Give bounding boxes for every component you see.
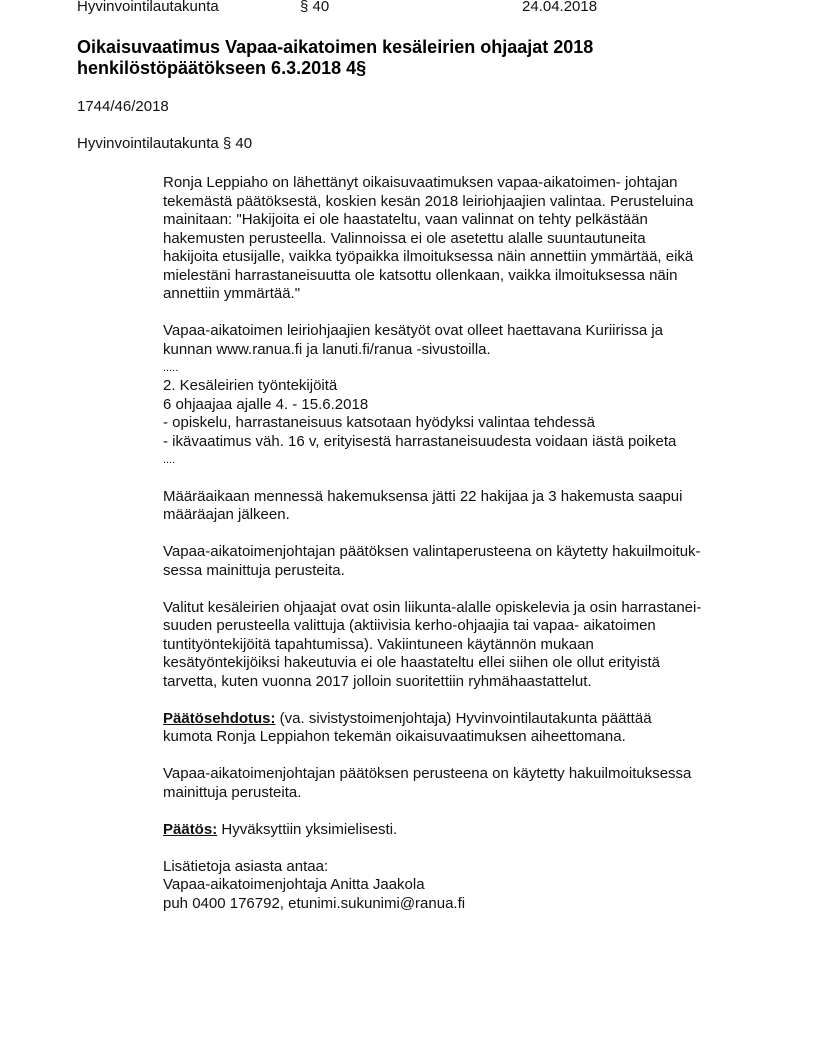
paragraph-decision: Päätös: Hyväksyttiin yksimielisesti. [163, 821, 763, 840]
record-number: 1744/46/2018 [77, 98, 169, 116]
proposal-text: (va. sivistystoimenjohtaja) Hyvinvointil… [276, 710, 652, 727]
contact-name: Vapaa-aikatoimenjohtaja Anitta Jaakola [163, 876, 763, 895]
text-line: Ronja Leppiaho on lähettänyt oikaisuvaat… [163, 174, 763, 193]
text-line: kesätyöntekijöiksi hakeutuvia ei ole haa… [163, 654, 763, 673]
text-line: mielestäni harrastaneisuutta ole katsott… [163, 267, 763, 286]
proposal-line: Päätösehdotus: (va. sivistystoimenjohtaj… [163, 710, 763, 729]
text-line: 6 ohjaajaa ajalle 4. - 15.6.2018 [163, 396, 763, 415]
text-line: 2. Kesäleirien työntekijöitä [163, 377, 763, 396]
title-line: henkilöstöpäätökseen 6.3.2018 4§ [77, 58, 777, 79]
page-header: Hyvinvointilautakunta § 40 24.04.2018 [0, 0, 816, 18]
paragraph-selected: Valitut kesäleirien ohjaajat ovat osin l… [163, 599, 763, 692]
text-line: sessa mainittuja perusteita. [163, 562, 763, 581]
text-line: Vapaa-aikatoimenjohtajan päätöksen perus… [163, 765, 763, 784]
document-body: Ronja Leppiaho on lähettänyt oikaisuvaat… [163, 174, 763, 932]
text-line: Lisätietoja asiasta antaa: [163, 858, 763, 877]
decision-line: Päätös: Hyväksyttiin yksimielisesti. [163, 821, 763, 840]
paragraph-contact: Lisätietoja asiasta antaa: Vapaa-aikatoi… [163, 858, 763, 914]
paragraph-criteria: Vapaa-aikatoimenjohtajan päätöksen valin… [163, 543, 763, 580]
text-line: - ikävaatimus väh. 16 v, erityisestä har… [163, 433, 763, 452]
text-line: mainittuja perusteita. [163, 784, 763, 803]
text-line: tekemästä päätöksestä, koskien kesän 201… [163, 193, 763, 212]
paragraph-job-posting: Vapaa-aikatoimen leiriohjaajien kesätyöt… [163, 322, 763, 469]
text-line: hakijoita etusijalle, vaikka työpaikka i… [163, 248, 763, 267]
paragraph-basis: Vapaa-aikatoimenjohtajan päätöksen perus… [163, 765, 763, 802]
decision-label: Päätös: [163, 821, 217, 838]
text-line: kunnan www.ranua.fi ja lanuti.fi/ranua -… [163, 341, 763, 360]
header-date: 24.04.2018 [522, 0, 597, 15]
paragraph-appeal: Ronja Leppiaho on lähettänyt oikaisuvaat… [163, 174, 763, 304]
text-line: Valitut kesäleirien ohjaajat ovat osin l… [163, 599, 763, 618]
paragraph-applicants: Määräaikaan mennessä hakemuksensa jätti … [163, 488, 763, 525]
text-line: annettiin ymmärtää." [163, 285, 763, 304]
proposal-label: Päätösehdotus: [163, 710, 276, 727]
text-line: - opiskelu, harrastaneisuus katsotaan hy… [163, 414, 763, 433]
text-line: Määräaikaan mennessä hakemuksensa jätti … [163, 488, 763, 507]
text-line: hakemusten perusteella. Valinnoissa ei o… [163, 230, 763, 249]
title-line: Oikaisuvaatimus Vapaa-aikatoimen kesälei… [77, 37, 777, 58]
text-line: määräajan jälkeen. [163, 506, 763, 525]
header-committee: Hyvinvointilautakunta [77, 0, 219, 15]
document-title: Oikaisuvaatimus Vapaa-aikatoimen kesälei… [77, 37, 777, 79]
text-line: mainitaan: "Hakijoita ei ole haastateltu… [163, 211, 763, 230]
committee-section: Hyvinvointilautakunta § 40 [77, 135, 252, 153]
text-line: Vapaa-aikatoimen leiriohjaajien kesätyöt… [163, 322, 763, 341]
decision-text: Hyväksyttiin yksimielisesti. [217, 821, 397, 838]
header-section: § 40 [300, 0, 329, 15]
text-line: kumota Ronja Leppiahon tekemän oikaisuva… [163, 728, 763, 747]
text-line: tuntityöntekijöitä tapahtumissa). Vakiin… [163, 636, 763, 655]
text-line: tarvetta, kuten vuonna 2017 jolloin suor… [163, 673, 763, 692]
text-line: Vapaa-aikatoimenjohtajan päätöksen valin… [163, 543, 763, 562]
paragraph-proposal: Päätösehdotus: (va. sivistystoimenjohtaj… [163, 710, 763, 747]
ellipsis-line: ..... [163, 359, 763, 377]
contact-details: puh 0400 176792, etunimi.sukunimi@ranua.… [163, 895, 763, 914]
text-line: suuden perusteella valittuja (aktiivisia… [163, 617, 763, 636]
ellipsis-line: .... [163, 451, 763, 469]
